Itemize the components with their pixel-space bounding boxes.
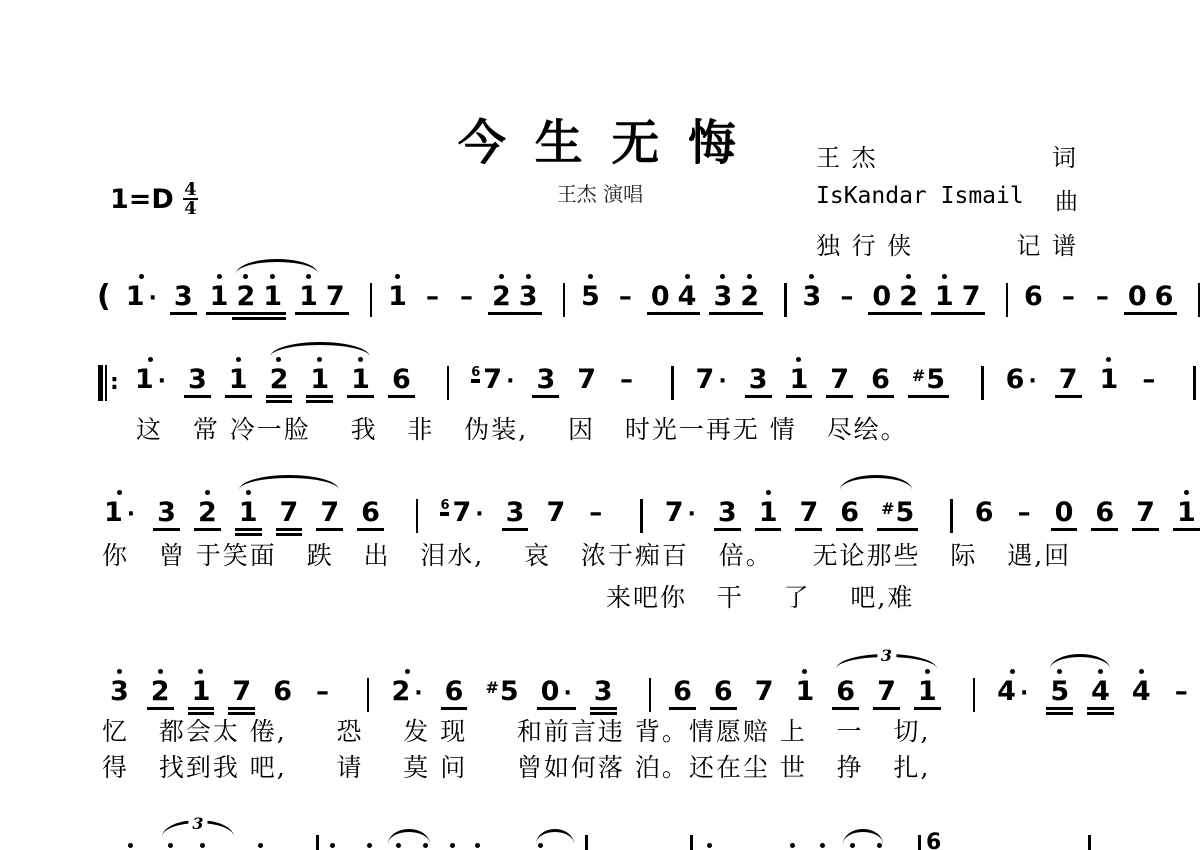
note-cell: 4 — [674, 274, 701, 315]
notation-line-1: :1·31211667·37–7·3176#56·71– — [98, 339, 1200, 401]
note-cell: 1 — [1173, 490, 1200, 531]
repeat-start-sign: : — [98, 365, 119, 401]
octave-dot — [395, 274, 400, 279]
octave-dot — [1184, 490, 1189, 495]
note-glyph: 1· — [131, 365, 170, 398]
dash-cell: – — [1136, 357, 1161, 398]
note-cell: 7 — [228, 669, 255, 710]
note-underline-group: 3 — [170, 282, 197, 315]
note-cell: 3 — [170, 274, 197, 315]
note-glyph: 7 — [751, 677, 778, 710]
note-underline-group: 7 — [228, 677, 255, 710]
note-glyph: – — [613, 282, 638, 315]
note-cell: 7 — [542, 490, 569, 531]
lyrics-line-1: 这 常 冷一脸 我 非 伪装, 因 时光一再无 情 尽绘。 — [136, 410, 908, 446]
octave-dot — [942, 274, 947, 279]
barline — [1006, 283, 1009, 317]
note-underline-group: 2 — [895, 282, 922, 315]
augmentation-dot: · — [158, 369, 166, 394]
octave-dot — [820, 843, 825, 848]
note-underline-group: 1 — [206, 282, 233, 315]
octave-dot — [276, 357, 281, 362]
note-glyph: – — [420, 282, 445, 315]
note-cell: 3 — [515, 274, 542, 315]
credit-composer-role: 曲 — [1055, 183, 1078, 216]
time-signature: 4 4 — [183, 182, 198, 216]
credit-composer: IsKandar Ismail 曲 — [816, 183, 1078, 216]
note-cell: 1 — [295, 274, 322, 315]
octave-dot — [499, 274, 504, 279]
augmentation-dot: · — [149, 286, 157, 311]
note-glyph: 3 — [799, 282, 826, 315]
note-cell: #5 — [877, 490, 918, 531]
sharp-accidental: # — [881, 494, 894, 524]
note-underline-group: 7 — [873, 677, 900, 710]
note-glyph: – — [1136, 365, 1161, 398]
note-cell: 2 — [147, 669, 174, 710]
note-cell: 6 — [832, 669, 859, 710]
octave-dot — [809, 274, 814, 279]
barline — [918, 835, 921, 850]
slur-arc — [840, 475, 912, 490]
barline — [1088, 835, 1091, 850]
note-cell: 7 — [276, 490, 303, 531]
octave-dot — [766, 490, 771, 495]
note-cell: 6 — [710, 669, 737, 710]
note-underline-group: 1 — [259, 282, 286, 315]
note-cell: 6 — [1020, 274, 1047, 315]
key-signature: 1=D 4 4 — [110, 182, 198, 216]
note-cell: 6· — [1002, 357, 1041, 398]
note-underline-group: 7 — [795, 498, 822, 531]
note-glyph: 7 — [542, 498, 569, 531]
note-underline-group: 1 — [235, 498, 262, 531]
slur-arc — [1050, 654, 1110, 669]
note-glyph: – — [583, 498, 608, 531]
octave-dot — [720, 274, 725, 279]
sharp-accidental: # — [485, 673, 498, 703]
note-underline-group: 1 — [347, 365, 374, 398]
credit-composer-name: IsKandar Ismail — [816, 183, 1024, 216]
note-glyph: 1· — [122, 282, 161, 315]
dash-cell: – — [614, 357, 639, 398]
octave-dot — [168, 843, 173, 848]
barline — [367, 678, 370, 712]
dash-cell: – — [583, 490, 608, 531]
note-glyph: – — [834, 282, 859, 315]
note-cell: 6 — [867, 357, 894, 398]
octave-dot — [1057, 669, 1062, 674]
octave-dot — [128, 843, 133, 848]
notation-line-partial: 36 — [0, 800, 1200, 850]
barline — [671, 366, 674, 400]
note-underline-group: 0· — [537, 677, 576, 710]
note-glyph: 1· — [100, 498, 139, 531]
octave-dot — [117, 490, 122, 495]
note-underline-group: 1 — [188, 677, 215, 710]
octave-dot — [139, 274, 144, 279]
note-cell: 2 — [266, 357, 293, 398]
octave-dot — [526, 274, 531, 279]
barline — [563, 283, 566, 317]
note-cell: 2 — [194, 490, 221, 531]
octave-dot — [588, 274, 593, 279]
note-glyph: 7 — [573, 365, 600, 398]
triplet-number: 3 — [188, 814, 207, 833]
octave-dot — [330, 843, 335, 848]
note-underline-group: #5 — [877, 498, 918, 531]
note-underline-group: 0 — [647, 282, 674, 315]
octave-dot — [270, 274, 275, 279]
octave-dot — [358, 357, 363, 362]
octave-dot — [1010, 669, 1015, 674]
octave-dot — [117, 669, 122, 674]
triplet-number: 3 — [877, 646, 896, 665]
note-cell: 3 — [153, 490, 180, 531]
note-underline-group: 1 — [1173, 498, 1200, 531]
note-underline-group: 0 — [1124, 282, 1151, 315]
note-cell: 1 — [347, 357, 374, 398]
octave-dot — [205, 490, 210, 495]
octave-dot — [306, 274, 311, 279]
note-cell: 1 — [235, 490, 262, 531]
note-cell: 6 — [441, 669, 468, 710]
note-underline-group: 6 — [1091, 498, 1118, 531]
note-underline-group: 6 — [669, 677, 696, 710]
octave-dot — [317, 357, 322, 362]
barline — [950, 499, 953, 533]
note-underline-group: 7 — [276, 498, 303, 531]
rest-cell: 0 — [868, 274, 895, 315]
note-cell: 6 — [971, 490, 998, 531]
note-underline-group: 6 — [710, 677, 737, 710]
note-glyph: – — [454, 282, 479, 315]
note-glyph: – — [1012, 498, 1037, 531]
credit-lyricist-name: 王 杰 — [816, 138, 878, 173]
octave-dot — [450, 843, 455, 848]
notation-line-3: 32176–2·6#50·366716714·544–3 — [106, 651, 1200, 712]
augmentation-dot: · — [414, 681, 422, 706]
note-underline-group: 1 — [225, 365, 252, 398]
octave-dot — [790, 843, 795, 848]
note-cell: 2· — [387, 669, 426, 710]
dash-cell: – — [1056, 274, 1081, 315]
grace-note: 6 — [471, 366, 480, 379]
repeat-thin-bar — [105, 365, 107, 401]
note-underline-group: 7 — [316, 498, 343, 531]
key-label: 1=D — [110, 184, 174, 215]
augmentation-dot: · — [718, 369, 726, 394]
note-underline-group: 3 — [590, 677, 617, 710]
note-cell: 6 — [1091, 490, 1118, 531]
octave-dot — [158, 669, 163, 674]
note-cell: 6 — [388, 357, 415, 398]
note-cell: 6 — [269, 669, 296, 710]
note-underline-group: 2 — [232, 282, 259, 315]
note-glyph: 4· — [993, 677, 1032, 710]
note-cell: 4 — [1128, 669, 1155, 710]
note-glyph: – — [310, 677, 335, 710]
rest-cell: 0· — [537, 669, 576, 710]
lyrics-line-3b: 得 找到我 吧, 请 莫 问 曾如何落 泊。还在尘 世 挣 扎, — [102, 748, 930, 784]
credit-lyricist-role: 词 — [1052, 138, 1078, 173]
note-cell: #5 — [481, 669, 522, 710]
note-underline-group: 2 — [736, 282, 763, 315]
augmentation-dot: · — [563, 681, 571, 706]
grace-note: 6 — [440, 499, 449, 512]
note-cell: 3 — [745, 357, 772, 398]
note-glyph: 5 — [577, 282, 604, 315]
note-underline-group: 3 — [709, 282, 736, 315]
note-cell: 1 — [914, 669, 941, 710]
octave-dot — [236, 357, 241, 362]
note-cell: #5 — [908, 357, 949, 398]
octave-dot — [796, 357, 801, 362]
rest-cell: 0 — [647, 274, 674, 315]
note-cell: 1· — [122, 274, 161, 315]
note-glyph: 6 — [971, 498, 998, 531]
dash-cell: – — [1169, 669, 1194, 710]
note-glyph: – — [1090, 282, 1115, 315]
note-cell: 67· — [467, 357, 518, 398]
note-underline-group: 1 — [931, 282, 958, 315]
note-underline-group: 6 — [836, 498, 863, 531]
note-cell: 7 — [316, 490, 343, 531]
slur-arc — [843, 829, 883, 844]
note-cell: 3 — [106, 669, 133, 710]
note-underline-group: 3 — [515, 282, 542, 315]
note-glyph: 3 — [106, 677, 133, 710]
note-cell: 7 — [795, 490, 822, 531]
note-cell: 3 — [184, 357, 211, 398]
dash-cell: – — [613, 274, 638, 315]
note-underline-group: 7 — [826, 365, 853, 398]
sheet-music-page: 今 生 无 悔 王杰 演唱 1=D 4 4 王 杰 词 IsKandar Ism… — [0, 0, 1200, 850]
note-cell: 1· — [100, 490, 139, 531]
note-glyph: – — [1169, 677, 1194, 710]
note-cell: 1 — [188, 669, 215, 710]
note-underline-group: 7 — [322, 282, 349, 315]
note-cell: 1 — [259, 274, 286, 315]
octave-dot — [685, 274, 690, 279]
note-cell: 6 — [836, 490, 863, 531]
octave-dot — [217, 274, 222, 279]
repeat-dots: : — [110, 367, 119, 399]
octave-dot — [148, 357, 153, 362]
note-underline-group: 7 — [1132, 498, 1159, 531]
dash-cell: – — [1090, 274, 1115, 315]
slur-arc — [236, 259, 318, 274]
note-cell: 1 — [786, 357, 813, 398]
note-cell: 1 — [755, 490, 782, 531]
note-cell: 7 — [1055, 357, 1082, 398]
note-glyph: 6· — [1002, 365, 1041, 398]
octave-dot — [198, 669, 203, 674]
note-cell: 3 — [532, 357, 559, 398]
note-underline-group: 6 — [832, 677, 859, 710]
note-cell: 4· — [993, 669, 1032, 710]
note-glyph: 1 — [1096, 365, 1123, 398]
barline — [447, 366, 450, 400]
octave-dot — [475, 843, 480, 848]
note-underline-group: 2 — [147, 677, 174, 710]
barline — [416, 499, 419, 533]
note-underline-group: 7 — [1055, 365, 1082, 398]
note-underline-group: 7 — [958, 282, 985, 315]
rest-cell: 0 — [1124, 274, 1151, 315]
rest-cell: 0 — [1051, 490, 1078, 531]
octave-dot — [925, 669, 930, 674]
sharp-accidental: # — [912, 361, 925, 391]
octave-dot — [405, 669, 410, 674]
note-underline-group: 3 — [184, 365, 211, 398]
note-glyph: 1 — [384, 282, 411, 315]
note-cell: 5 — [1046, 669, 1073, 710]
note-cell: 6 — [1151, 274, 1178, 315]
time-top: 4 — [184, 182, 197, 197]
dash-cell: – — [454, 274, 479, 315]
barline — [316, 835, 319, 850]
barline — [370, 283, 373, 317]
note-cell: 7 — [958, 274, 985, 315]
note-underline-group: 4 — [1087, 677, 1114, 710]
octave-dot — [243, 274, 248, 279]
credits-block: 王 杰 词 IsKandar Ismail 曲 独 行 侠 记 谱 — [816, 138, 1078, 271]
note-glyph: 1 — [791, 677, 818, 710]
barline — [973, 678, 976, 712]
octave-dot — [1098, 669, 1103, 674]
slur-arc — [388, 829, 430, 844]
note-cell: 3 — [714, 490, 741, 531]
dash-cell: – — [310, 669, 335, 710]
octave-dot — [707, 843, 712, 848]
note-underline-group: 3 — [714, 498, 741, 531]
note-cell: 3 — [502, 490, 529, 531]
octave-dot — [906, 274, 911, 279]
note-underline-group: 1 — [755, 498, 782, 531]
barline — [649, 678, 652, 712]
barline — [981, 366, 984, 400]
barline — [640, 499, 643, 533]
note-cell: 6 — [357, 490, 384, 531]
note-cell: 2 — [232, 274, 259, 315]
note-underline-group: 0 — [868, 282, 895, 315]
augmentation-dot: · — [127, 502, 135, 527]
augmentation-dot: · — [475, 502, 483, 527]
notation-line-2: 1·32177667·37–7·3176#56–06714·1775 — [100, 472, 1200, 533]
time-bottom: 4 — [184, 201, 197, 216]
dash-cell: – — [420, 274, 445, 315]
note-cell: 67· — [436, 490, 487, 531]
octave-dot — [367, 843, 372, 848]
note-cell: 1 — [306, 357, 333, 398]
note-underline-group: 5 — [1046, 677, 1073, 710]
repeat-thick-bar — [98, 365, 103, 401]
augmentation-dot: · — [1020, 681, 1028, 706]
note-underline-group: 1 — [295, 282, 322, 315]
note-cell: 2 — [488, 274, 515, 315]
note-glyph: 6 — [1020, 282, 1047, 315]
note-underline-group: 3 — [745, 365, 772, 398]
note-cell: 3 — [799, 274, 826, 315]
note-underline-group: 6 — [441, 677, 468, 710]
note-cell: 1 — [384, 274, 411, 315]
note-glyph: 4 — [1128, 677, 1155, 710]
note-underline-group: 6 — [357, 498, 384, 531]
note-cell: 1 — [225, 357, 252, 398]
barline — [1193, 366, 1196, 400]
note-underline-group: 1 — [786, 365, 813, 398]
octave-dot — [1106, 357, 1111, 362]
credit-lyricist: 王 杰 词 — [816, 138, 1078, 173]
note-cell: 5 — [577, 274, 604, 315]
barline — [585, 835, 588, 850]
note-cell: 7· — [692, 357, 731, 398]
barline — [784, 283, 787, 317]
lyrics-line-2b: 来吧你 干 了 吧,难 — [606, 578, 914, 614]
note-glyph: – — [1056, 282, 1081, 315]
note-glyph: 67· — [467, 365, 518, 398]
notation-line-intro: (1·3121171––235–04323–02176––066–––) — [95, 256, 1200, 317]
note-cell: 1 — [206, 274, 233, 315]
note-underline-group: 3 — [153, 498, 180, 531]
octave-dot — [802, 669, 807, 674]
note-cell: 7 — [1132, 490, 1159, 531]
note-underline-group: 3 — [532, 365, 559, 398]
note-cell: 1 — [1096, 357, 1123, 398]
augmentation-dot: · — [1028, 369, 1036, 394]
note-underline-group: 6 — [867, 365, 894, 398]
lyrics-line-2: 你 曾 于笑面 跌 出 泪水, 哀 浓于痴百 倍。 无论那些 际 遇,回 — [102, 536, 1071, 572]
slur-arc — [270, 342, 370, 357]
note-cell: 2 — [736, 274, 763, 315]
note-cell: 2 — [895, 274, 922, 315]
note-cell: 7 — [751, 669, 778, 710]
note-glyph: ( — [95, 282, 113, 315]
dash-cell: – — [1012, 490, 1037, 531]
slur-arc — [536, 829, 574, 844]
note-underline-group: 1 — [914, 677, 941, 710]
note-underline-group: 2 — [266, 365, 293, 398]
note-glyph: 7· — [661, 498, 700, 531]
note-underline-group: 2 — [488, 282, 515, 315]
note-underline-group: 3 — [502, 498, 529, 531]
slur-arc — [239, 475, 339, 490]
octave-dot — [747, 274, 752, 279]
note-cell: 7· — [661, 490, 700, 531]
note-cell: 1 — [791, 669, 818, 710]
note-cell: 7 — [873, 669, 900, 710]
octave-dot — [1139, 669, 1144, 674]
note-cell: 3 — [709, 274, 736, 315]
note-cell: 1· — [131, 357, 170, 398]
note-glyph: 2· — [387, 677, 426, 710]
note-cell: 6 — [669, 669, 696, 710]
note-underline-group: 2 — [194, 498, 221, 531]
grace-note: 6 — [926, 830, 941, 850]
note-cell: 4 — [1087, 669, 1114, 710]
note-underline-group: 4 — [674, 282, 701, 315]
note-underline-group: 0 — [1051, 498, 1078, 531]
note-cell: 3 — [590, 669, 617, 710]
note-glyph: 6 — [269, 677, 296, 710]
octave-dot — [200, 843, 205, 848]
note-cell: 7 — [826, 357, 853, 398]
note-cell: 1 — [931, 274, 958, 315]
lyrics-line-3: 忆 都会太 倦, 恐 发 现 和前言违 背。情愿赔 上 一 切, — [102, 712, 930, 748]
note-glyph: – — [614, 365, 639, 398]
note-underline-group: 6 — [1151, 282, 1178, 315]
